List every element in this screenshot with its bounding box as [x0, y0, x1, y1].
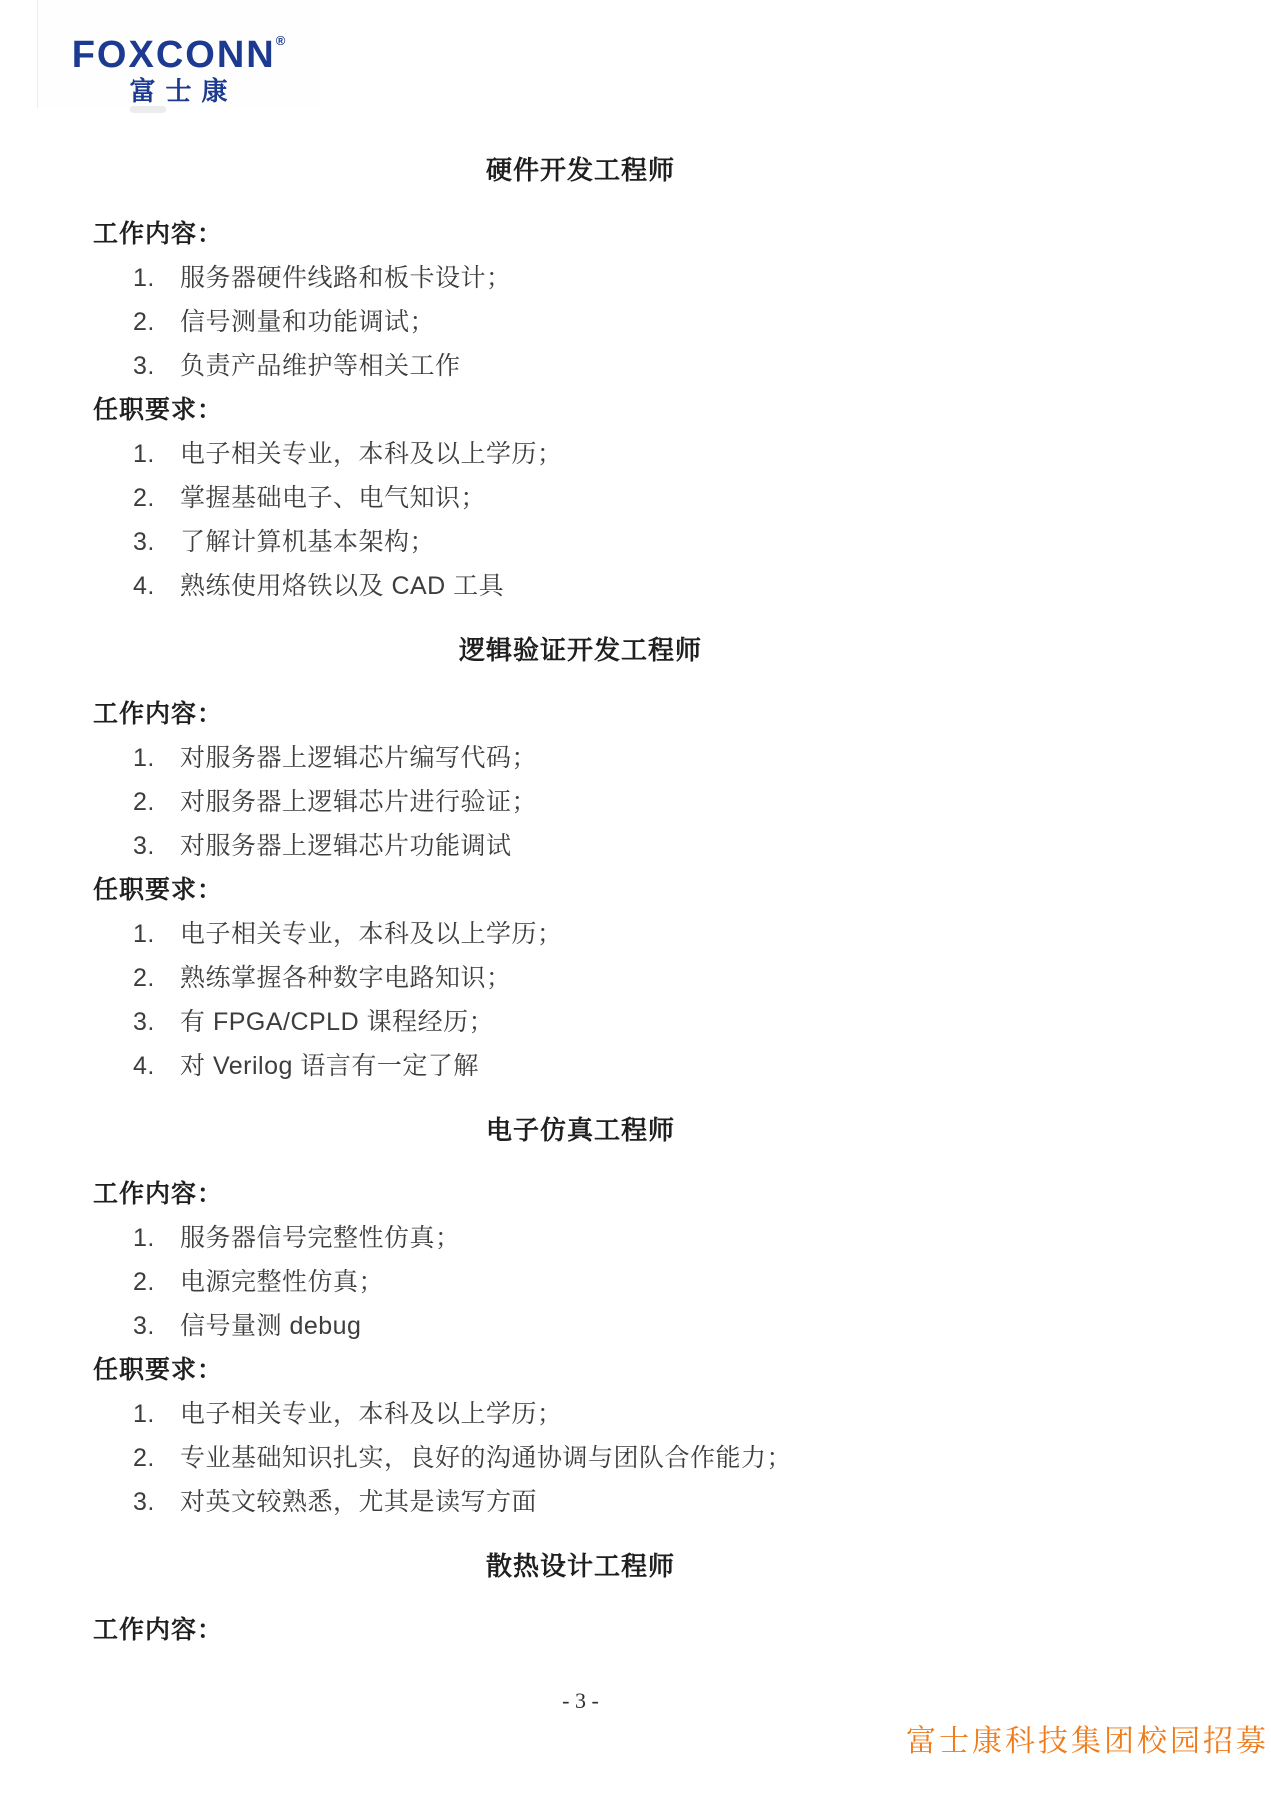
job-title: 电子仿真工程师	[93, 1108, 1068, 1152]
list-item: 信号测量和功能调试；	[93, 300, 1068, 344]
list-item: 电子相关专业，本科及以上学历；	[93, 1392, 1068, 1436]
campus-recruitment-footer: 富士康科技集团校园招募	[906, 1724, 1269, 1760]
job-requirements-heading: 任职要求：	[93, 868, 1068, 912]
list-item: 负责产品维护等相关工作	[93, 344, 1068, 388]
document-body: 硬件开发工程师 工作内容： 服务器硬件线路和板卡设计； 信号测量和功能调试； 负…	[0, 0, 1271, 1652]
job-duties-heading: 工作内容：	[93, 212, 1068, 256]
job-requirements-list: 电子相关专业，本科及以上学历； 专业基础知识扎实，良好的沟通协调与团队合作能力；…	[93, 1392, 1068, 1524]
document-page: FOXCONN® 富士康 硬件开发工程师 工作内容： 服务器硬件线路和板卡设计；…	[0, 0, 1271, 1797]
job-duties-list: 服务器信号完整性仿真； 电源完整性仿真； 信号量测 debug	[93, 1216, 1068, 1348]
list-item: 熟练掌握各种数字电路知识；	[93, 956, 1068, 1000]
list-item: 有 FPGA/CPLD 课程经历；	[93, 1000, 1068, 1044]
job-title: 逻辑验证开发工程师	[93, 628, 1068, 672]
list-item: 了解计算机基本架构；	[93, 520, 1068, 564]
job-duties-heading: 工作内容：	[93, 692, 1068, 736]
list-item: 专业基础知识扎实，良好的沟通协调与团队合作能力；	[93, 1436, 1068, 1480]
job-title: 硬件开发工程师	[93, 148, 1068, 192]
list-item: 服务器硬件线路和板卡设计；	[93, 256, 1068, 300]
job-section-thermal: 散热设计工程师 工作内容：	[93, 1544, 1068, 1652]
job-section-logic-verification: 逻辑验证开发工程师 工作内容： 对服务器上逻辑芯片编写代码； 对服务器上逻辑芯片…	[93, 628, 1068, 1088]
list-item: 电子相关专业，本科及以上学历；	[93, 912, 1068, 956]
job-duties-list: 服务器硬件线路和板卡设计； 信号测量和功能调试； 负责产品维护等相关工作	[93, 256, 1068, 388]
list-item: 信号量测 debug	[93, 1304, 1068, 1348]
page-number: - 3 -	[93, 1689, 1068, 1713]
job-duties-heading: 工作内容：	[93, 1172, 1068, 1216]
list-item: 对英文较熟悉，尤其是读写方面	[93, 1480, 1068, 1524]
list-item: 对服务器上逻辑芯片编写代码；	[93, 736, 1068, 780]
job-requirements-list: 电子相关专业，本科及以上学历； 掌握基础电子、电气知识； 了解计算机基本架构； …	[93, 432, 1068, 608]
list-item: 服务器信号完整性仿真；	[93, 1216, 1068, 1260]
job-requirements-list: 电子相关专业，本科及以上学历； 熟练掌握各种数字电路知识； 有 FPGA/CPL…	[93, 912, 1068, 1088]
list-item: 掌握基础电子、电气知识；	[93, 476, 1068, 520]
list-item: 对 Verilog 语言有一定了解	[93, 1044, 1068, 1088]
list-item: 电源完整性仿真；	[93, 1260, 1068, 1304]
job-requirements-heading: 任职要求：	[93, 1348, 1068, 1392]
job-section-hardware: 硬件开发工程师 工作内容： 服务器硬件线路和板卡设计； 信号测量和功能调试； 负…	[93, 148, 1068, 608]
job-duties-list: 对服务器上逻辑芯片编写代码； 对服务器上逻辑芯片进行验证； 对服务器上逻辑芯片功…	[93, 736, 1068, 868]
job-duties-heading: 工作内容：	[93, 1608, 1068, 1652]
list-item: 熟练使用烙铁以及 CAD 工具	[93, 564, 1068, 608]
list-item: 对服务器上逻辑芯片进行验证；	[93, 780, 1068, 824]
list-item: 电子相关专业，本科及以上学历；	[93, 432, 1068, 476]
job-title: 散热设计工程师	[93, 1544, 1068, 1588]
job-requirements-heading: 任职要求：	[93, 388, 1068, 432]
list-item: 对服务器上逻辑芯片功能调试	[93, 824, 1068, 868]
job-section-simulation: 电子仿真工程师 工作内容： 服务器信号完整性仿真； 电源完整性仿真； 信号量测 …	[93, 1108, 1068, 1524]
